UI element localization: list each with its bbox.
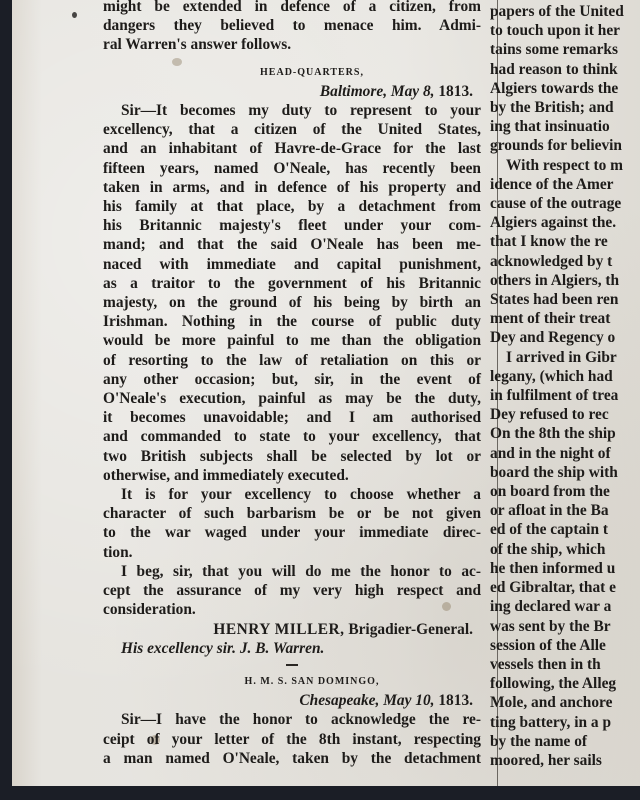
text-line: following, the Alleg: [490, 674, 640, 693]
text-line: ting battery, in a p: [490, 713, 640, 732]
letter-headquarters: HEAD-QUARTERS, Baltimore, May 8, 1813. S…: [103, 63, 481, 658]
text-line: naced with immediate and capital punishm…: [103, 255, 481, 274]
text-line: it becomes unavoidable; and I am authori…: [103, 408, 481, 427]
text-line: excellency, that a citizen of the United…: [103, 120, 481, 139]
dateline-place: Baltimore, May 8,: [320, 83, 435, 100]
text-line: and in the night of: [490, 444, 640, 463]
text-line: his family at that place, by a detachmen…: [103, 197, 481, 216]
intro-text: might be extended in defence of a citize…: [103, 0, 481, 55]
text-line: ing declared war a: [490, 597, 640, 616]
text-line: Algiers against the.: [490, 213, 640, 232]
text-line: would be more painful to me than the obl…: [103, 331, 481, 350]
text-line: board the ship with: [490, 463, 640, 482]
text-line: in fulfilment of trea: [490, 386, 640, 405]
text-line: acknowledged by t: [490, 252, 640, 271]
text-line: as a traitor to the government of his Br…: [103, 274, 481, 293]
text-line: on board from the: [490, 482, 640, 501]
text-line: ment of their treat: [490, 309, 640, 328]
scan-bottom-edge: [0, 786, 640, 800]
text-line: he then informed u: [490, 559, 640, 578]
text-line: papers of the United: [490, 2, 640, 21]
text-line: Mole, and anchore: [490, 693, 640, 712]
text-line: character of such barbarism be or be not…: [103, 504, 481, 523]
signature-name: HENRY MILLER,: [213, 621, 344, 638]
text-line: legany, (which had: [490, 367, 640, 386]
right-column: papers of the United to touch upon it he…: [490, 2, 640, 770]
text-line: any other occasion; but, sir, in the eve…: [103, 370, 481, 389]
text-line: session of the Alle: [490, 636, 640, 655]
text-line: two British subjects shall be selected b…: [103, 447, 481, 466]
text-line: cept the assurance of my very high respe…: [103, 581, 481, 600]
text-line: ed of the captain t: [490, 520, 640, 539]
letter-dateline: Baltimore, May 8, 1813.: [103, 82, 481, 101]
letter-heading: H. M. S. SAN DOMINGO,: [103, 672, 481, 691]
text-line: grounds for believin: [490, 136, 640, 155]
text-line: Sir—I have the honor to acknowledge the …: [103, 710, 481, 729]
text-line: that I know the re: [490, 232, 640, 251]
text-line: Sir—It becomes my duty to represent to y…: [103, 101, 481, 120]
dateline-year: 1813.: [438, 692, 473, 709]
text-line: Algiers towards the: [490, 79, 640, 98]
text-line: moored, her sails: [490, 751, 640, 770]
text-line: or afloat in the Ba: [490, 501, 640, 520]
text-line: and commanded to state to your excellenc…: [103, 427, 481, 446]
text-line: to touch upon it her: [490, 21, 640, 40]
text-line: Dey refused to rec: [490, 405, 640, 424]
letter-dateline: Chesapeake, May 10, 1813.: [103, 691, 481, 710]
left-column: might be extended in defence of a citize…: [103, 0, 481, 768]
text-line: ral Warren's answer follows.: [103, 35, 481, 54]
text-line: of the ship, which: [490, 540, 640, 559]
text-line: vessels then in th: [490, 655, 640, 674]
text-line: O'Neale's execution, painful as may be t…: [103, 389, 481, 408]
dateline-year: 1813.: [438, 83, 473, 100]
text-line: consideration.: [103, 600, 481, 619]
text-line: others in Algiers, th: [490, 271, 640, 290]
signature-title: Brigadier-General.: [348, 621, 473, 638]
text-line: mand; and that the said O'Neale has been…: [103, 235, 481, 254]
dateline-place: Chesapeake, May 10,: [299, 692, 434, 709]
text-line: had reason to think: [490, 60, 640, 79]
text-line: tion.: [103, 543, 481, 562]
text-line: With respect to m: [490, 156, 640, 175]
text-line: It is for your excellency to choose whet…: [103, 485, 481, 504]
text-line: I beg, sir, that you will do me the hono…: [103, 562, 481, 581]
text-line: by the British; and: [490, 98, 640, 117]
text-line: otherwise, and immediately executed.: [103, 466, 481, 485]
text-line: ing that insinuatio: [490, 117, 640, 136]
scan-left-edge: [0, 0, 12, 800]
letter-paragraph: Sir—It becomes my duty to represent to y…: [103, 101, 481, 485]
text-line: idence of the Amer: [490, 175, 640, 194]
text-line: to the war waged under your immediate di…: [103, 523, 481, 542]
section-divider: [103, 658, 481, 672]
text-line: ceipt of your letter of the 8th instant,…: [103, 730, 481, 749]
text-line: On the 8th the ship: [490, 424, 640, 443]
text-line: cause of the outrage: [490, 194, 640, 213]
text-line: was sent by the Br: [490, 617, 640, 636]
text-line: Irishman. Nothing in the course of publi…: [103, 312, 481, 331]
signature: HENRY MILLER, Brigadier-General.: [103, 620, 481, 639]
text-line: States had been ren: [490, 290, 640, 309]
text-line: fifteen years, named O'Neale, has recent…: [103, 159, 481, 178]
addressee: His excellency sir. J. B. Warren.: [103, 639, 481, 658]
text-line: his Britannic majesty's fleet under your…: [103, 216, 481, 235]
letter-paragraph: I beg, sir, that you will do me the hono…: [103, 562, 481, 620]
text-line: ed Gibraltar, that e: [490, 578, 640, 597]
letter-san-domingo: H. M. S. SAN DOMINGO, Chesapeake, May 10…: [103, 672, 481, 768]
letter-paragraph: Sir—I have the honor to acknowledge the …: [103, 710, 481, 768]
text-line: tains some remarks: [490, 40, 640, 59]
text-line: of resorting to the law of retaliation o…: [103, 351, 481, 370]
letter-paragraph: It is for your excellency to choose whet…: [103, 485, 481, 562]
letter-heading: HEAD-QUARTERS,: [103, 63, 481, 82]
text-line: I arrived in Gibr: [490, 348, 640, 367]
text-line: might be extended in defence of a citize…: [103, 0, 481, 16]
text-line: and an inhabitant of Havre-de-Grace for …: [103, 139, 481, 158]
text-line: taken in arms, and in defence of his pro…: [103, 178, 481, 197]
text-line: majesty, on the ground of his being by b…: [103, 293, 481, 312]
text-line: a man named O'Neale, taken by the detach…: [103, 749, 481, 768]
text-line: dangers they believed to menace him. Adm…: [103, 16, 481, 35]
ink-speck: [72, 12, 77, 18]
text-line: by the name of: [490, 732, 640, 751]
text-line: Dey and Regency o: [490, 328, 640, 347]
